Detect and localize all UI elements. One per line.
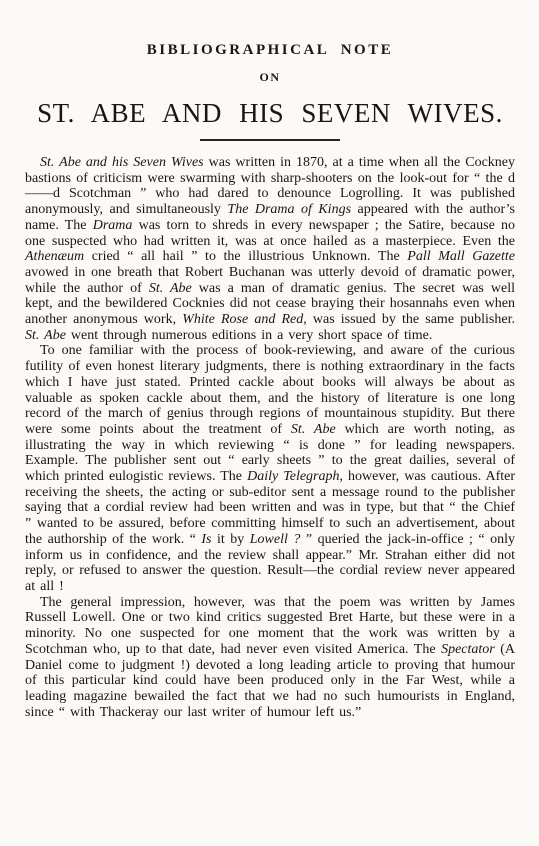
paragraph-3: The general impression, however, was tha… — [25, 595, 515, 721]
book-page: BIBLIOGRAPHICAL NOTE ON ST. ABE AND HIS … — [0, 0, 539, 846]
header-on-line: ON — [25, 70, 515, 85]
body-text: St. Abe and his Seven Wives was written … — [25, 155, 515, 720]
page-title: ST. ABE AND HIS SEVEN WIVES. — [25, 98, 515, 129]
title-rule — [200, 139, 340, 141]
page-header: BIBLIOGRAPHICAL NOTE ON ST. ABE AND HIS … — [25, 42, 515, 141]
paragraph-2: To one familiar with the process of book… — [25, 343, 515, 594]
header-note-line: BIBLIOGRAPHICAL NOTE — [25, 42, 515, 59]
paragraph-1: St. Abe and his Seven Wives was written … — [25, 155, 515, 343]
